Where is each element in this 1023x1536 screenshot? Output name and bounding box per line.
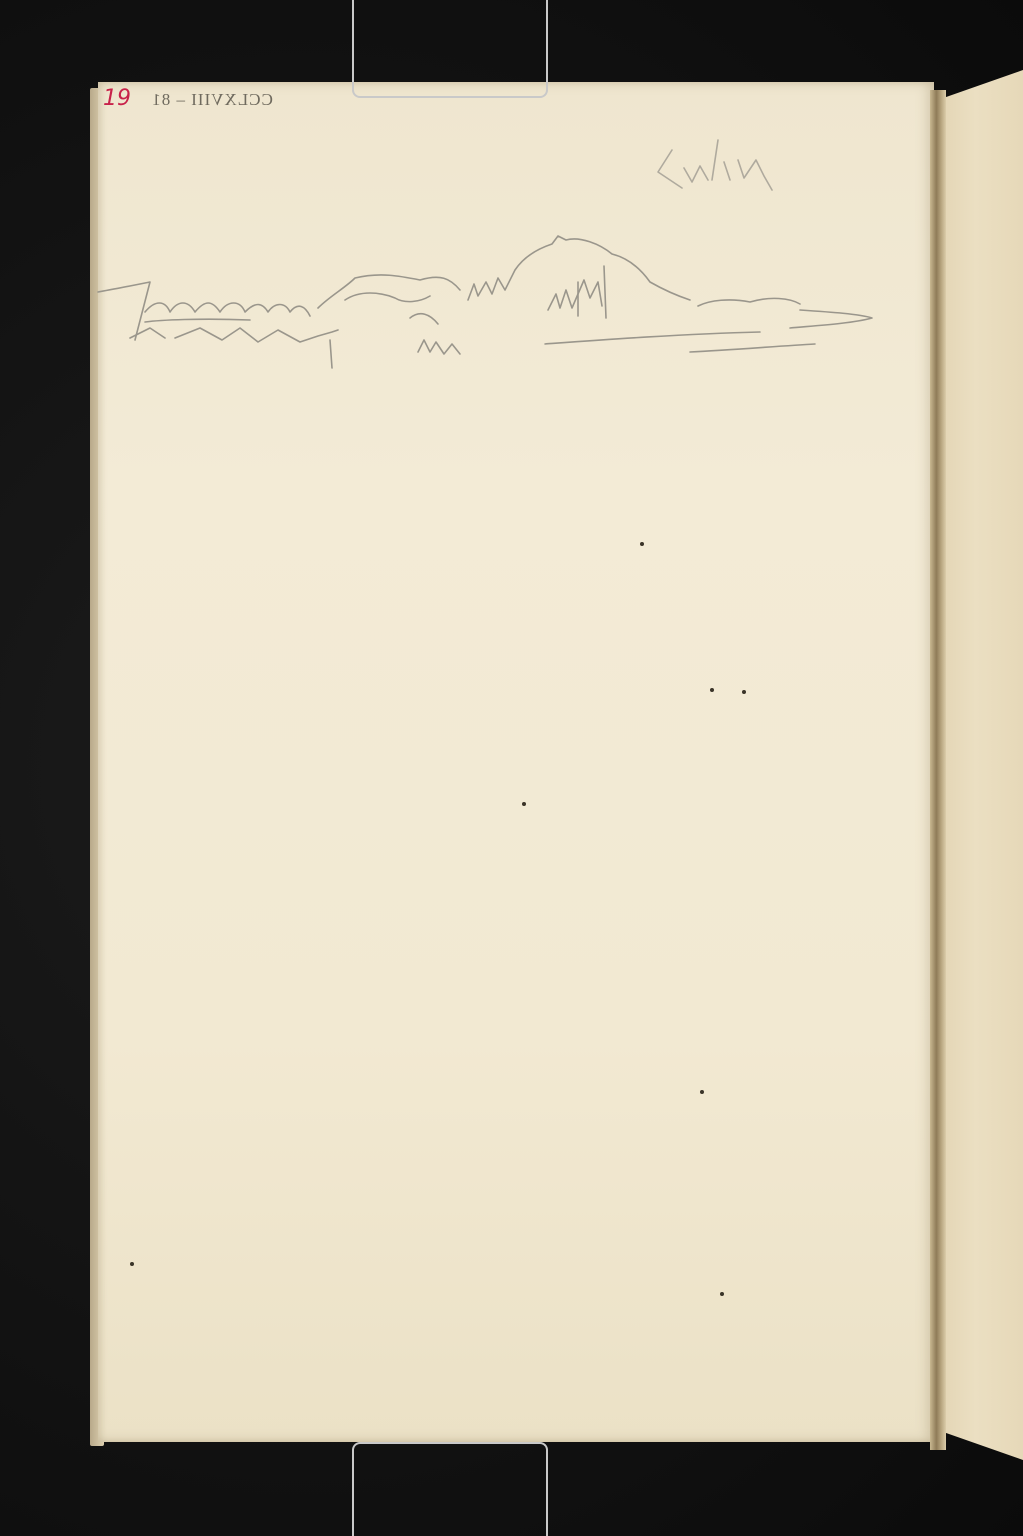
bottom-page-clip (352, 1442, 548, 1536)
catalog-number-stamp: CCLXVIII – 81 (137, 90, 287, 110)
book-gutter (930, 90, 946, 1450)
paper-speck (522, 802, 526, 806)
paper-speck (130, 1262, 134, 1266)
folio-number: 19 (103, 86, 131, 111)
facing-page (944, 70, 1023, 1460)
paper-speck (640, 542, 644, 546)
paper-speck (720, 1292, 724, 1296)
paper-speck (700, 1090, 704, 1094)
top-page-clip (352, 0, 548, 98)
paper-speck (742, 690, 746, 694)
paper-speck (710, 688, 714, 692)
sketchbook-page (98, 82, 934, 1442)
